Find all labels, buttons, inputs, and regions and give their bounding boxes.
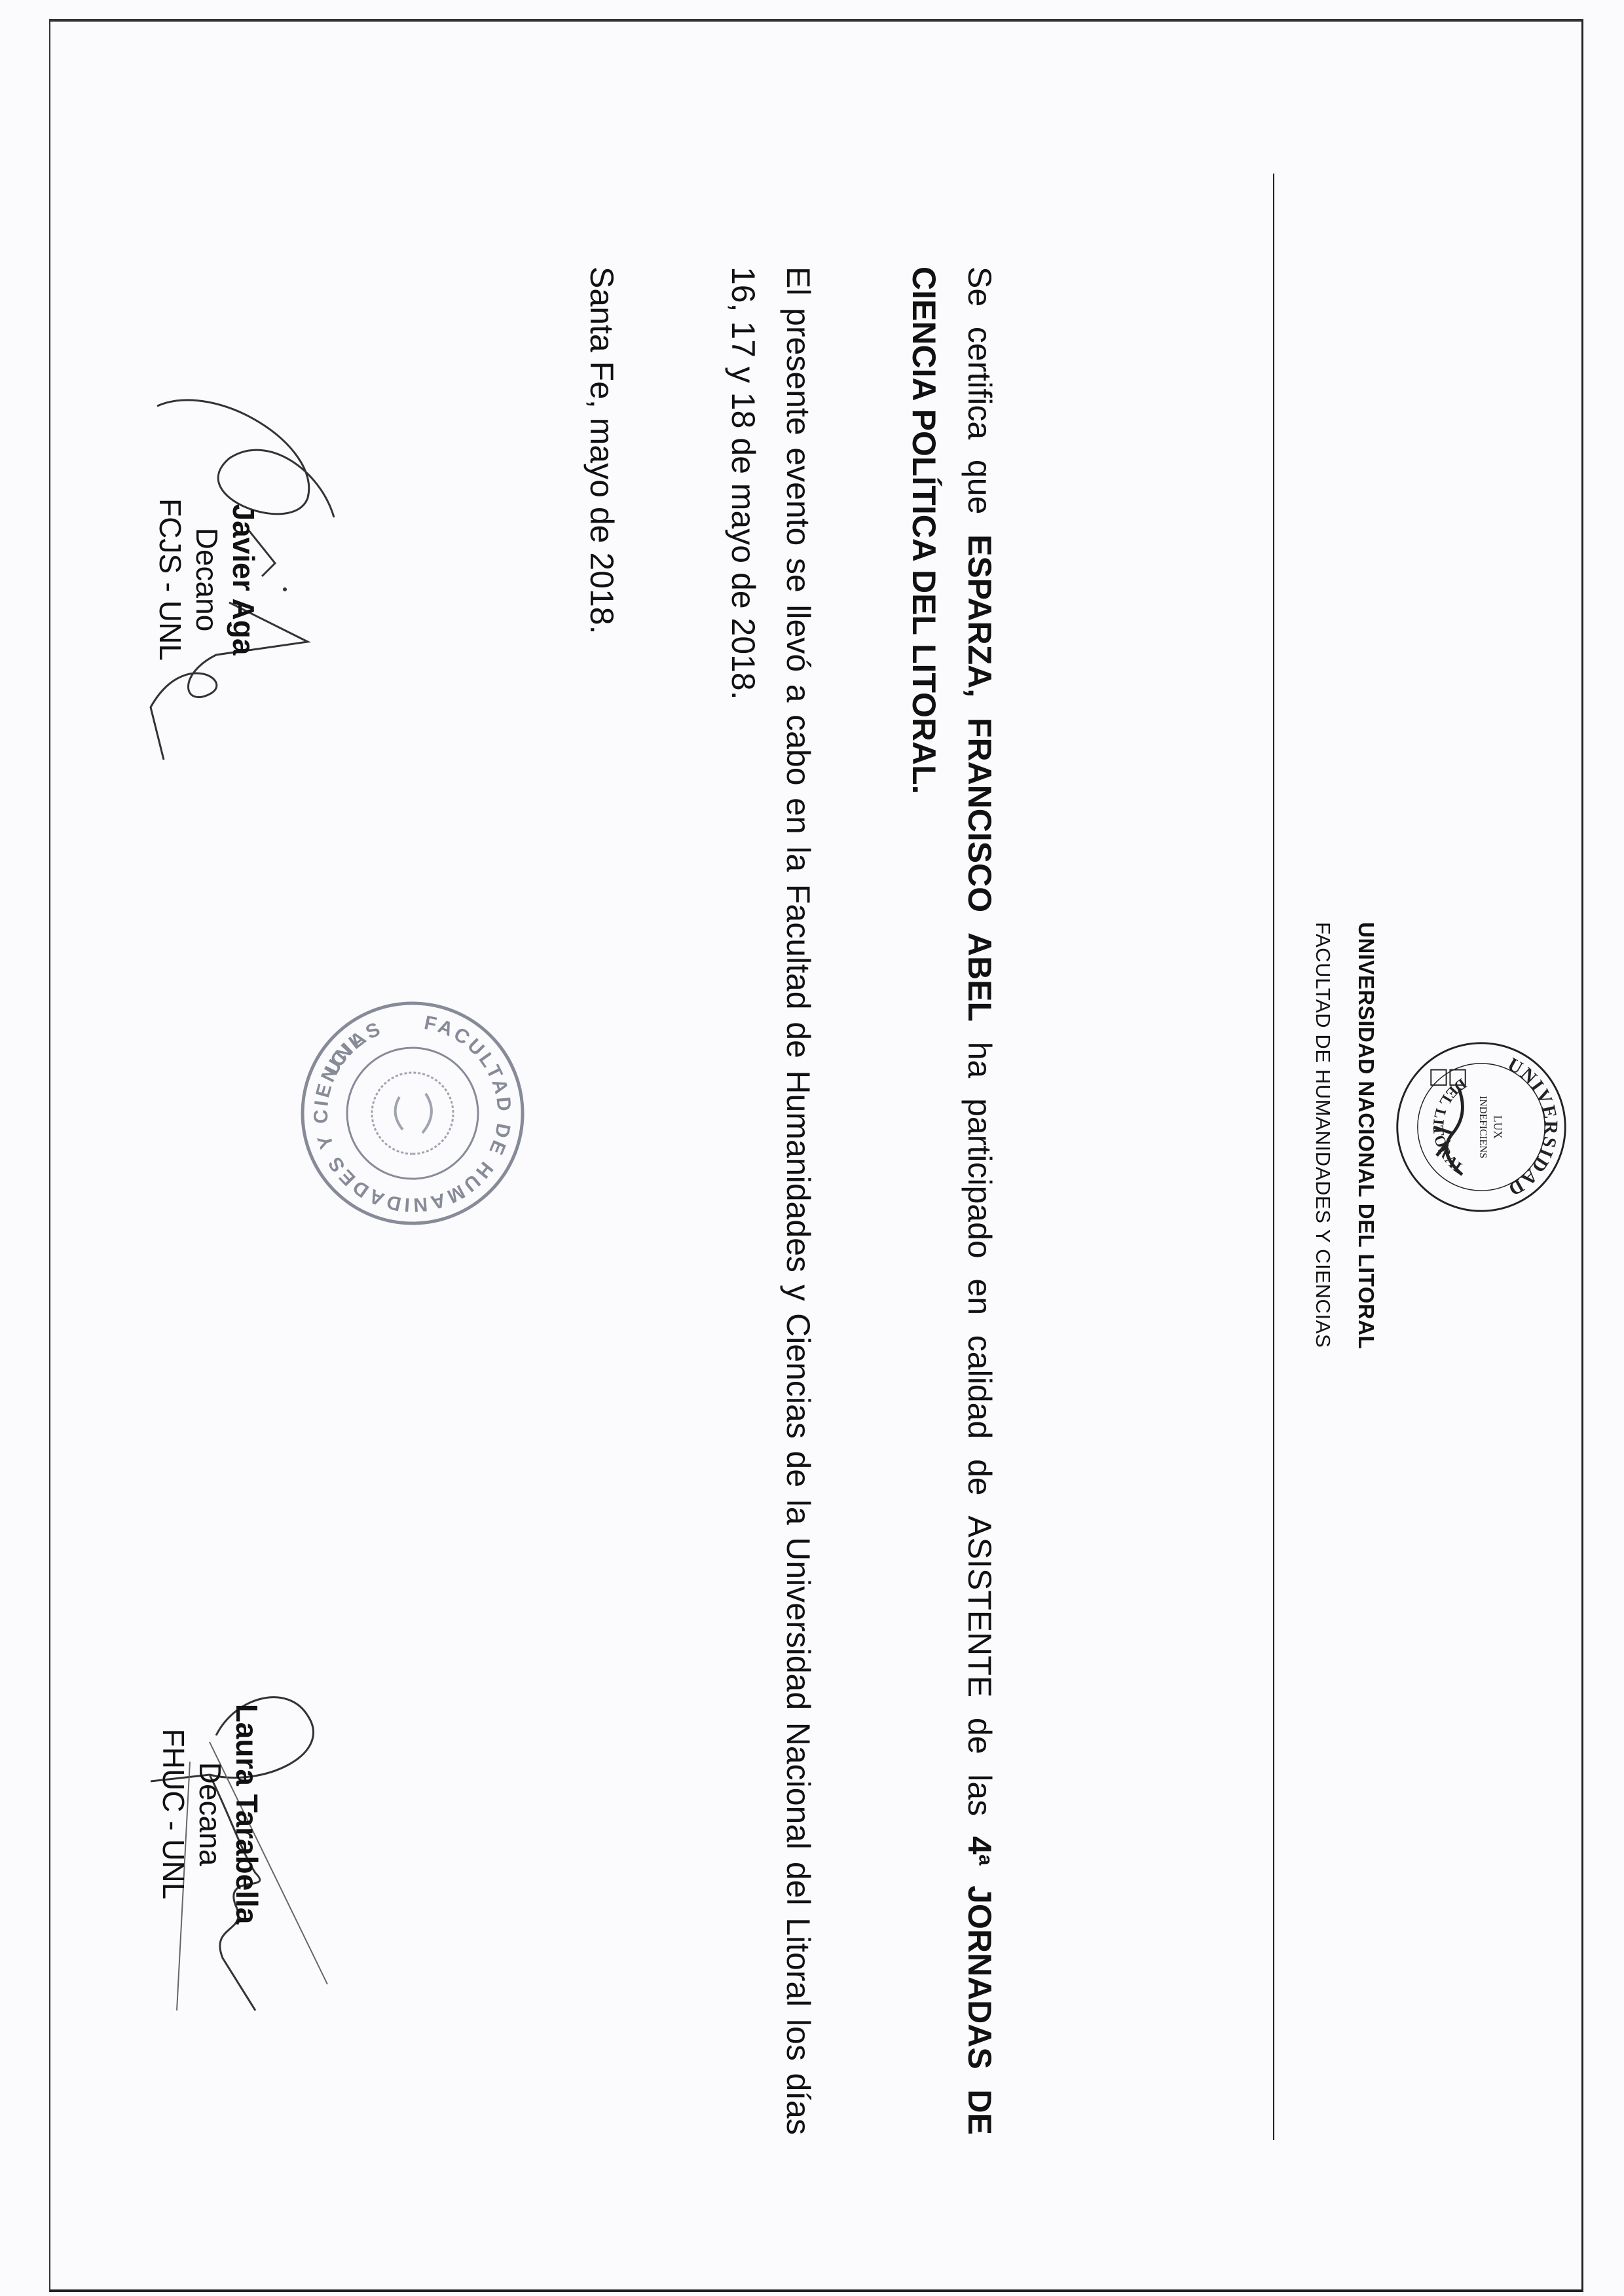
word: El [779, 267, 817, 295]
signatory-name: Laura Tarabella [229, 1676, 265, 1952]
word: Facultad [779, 884, 817, 1010]
word: que [961, 460, 999, 514]
event-location-line-1: ElpresenteeventosellevóacaboenlaFacultad… [779, 267, 817, 2135]
word: ESPARZA, [961, 534, 999, 697]
word: DE [961, 2089, 999, 2134]
word: Ciencias [779, 1313, 817, 1439]
word: ABEL [961, 933, 999, 1022]
word: de [961, 1718, 999, 1754]
word: 4a [961, 1836, 999, 1866]
word: ASISTENTE [961, 1515, 999, 1697]
word: y [779, 1285, 817, 1301]
word: calidad [961, 1335, 999, 1439]
faculty-stamp-icon: FACULTAD DE HUMANIDADES Y CIENCIAS UNL [295, 995, 530, 1231]
word: del [779, 1862, 817, 1906]
event-name: CIENCIA POLÍTICA DEL LITORAL. [905, 267, 943, 794]
word: evento [779, 447, 817, 546]
faculty-name: FACULTAD DE HUMANIDADES Y CIENCIAS [1311, 922, 1335, 1348]
word: llevó [779, 604, 817, 672]
word: Litoral [779, 1917, 817, 2007]
word: en [779, 798, 817, 834]
word: presente [779, 308, 817, 435]
header-divider [1273, 174, 1274, 2140]
seal-motto-2: INDEFICIENS [1477, 1096, 1488, 1158]
word: las [961, 1774, 999, 1816]
signatory-name: Javier Aga [225, 455, 262, 704]
word: la [779, 846, 817, 872]
word: cabo [779, 714, 817, 785]
word: de [961, 1459, 999, 1496]
signatory-aga: Javier Aga Decano FCJS - UNL [152, 455, 262, 704]
word: a [779, 684, 817, 703]
certificate-statement-line-1: SecertificaqueESPARZA,FRANCISCOABELhapar… [961, 267, 999, 2135]
word: Se [961, 267, 999, 306]
event-dates: 16, 17 y 18 de mayo de 2018. [724, 267, 762, 700]
word: certifica [961, 327, 999, 439]
word: días [779, 2073, 817, 2135]
word: los [779, 2019, 817, 2061]
word: en [961, 1278, 999, 1315]
signatory-title: Decano [189, 455, 225, 704]
issue-date: Santa Fe, mayo de 2018. [583, 267, 621, 634]
seal-motto-1: LUX [1491, 1115, 1504, 1139]
word: participado [961, 1098, 999, 1259]
signatory-title: Decana [192, 1676, 229, 1952]
word: ha [961, 1042, 999, 1079]
word: de [779, 1451, 817, 1487]
seal-ring-top: UNIVERSIDAD [1504, 1054, 1562, 1200]
word: la [779, 1500, 817, 1525]
word: FRANCISCO [961, 718, 999, 912]
word: se [779, 558, 817, 593]
university-name: UNIVERSIDAD NACIONAL DEL LITORAL [1354, 922, 1378, 1349]
university-seal-icon: UNIVERSIDAD DEL LITORAL LUX INDEFICIENS [1392, 1038, 1570, 1216]
signatory-tarabella: Laura Tarabella Decana FHUC - UNL [155, 1676, 265, 1952]
word: Universidad [779, 1537, 817, 1710]
signatory-unit: FCJS - UNL [152, 455, 189, 704]
word: Nacional [779, 1722, 817, 1850]
word: JORNADAS [961, 1885, 999, 2069]
word: de [779, 1022, 817, 1058]
signatory-unit: FHUC - UNL [155, 1676, 192, 1952]
certificate-page: UNIVERSIDAD DEL LITORAL LUX INDEFICIENS … [0, 0, 1624, 2296]
svg-text:UNIVERSIDAD: UNIVERSIDAD [1504, 1054, 1562, 1200]
word: Humanidades [779, 1070, 817, 1272]
